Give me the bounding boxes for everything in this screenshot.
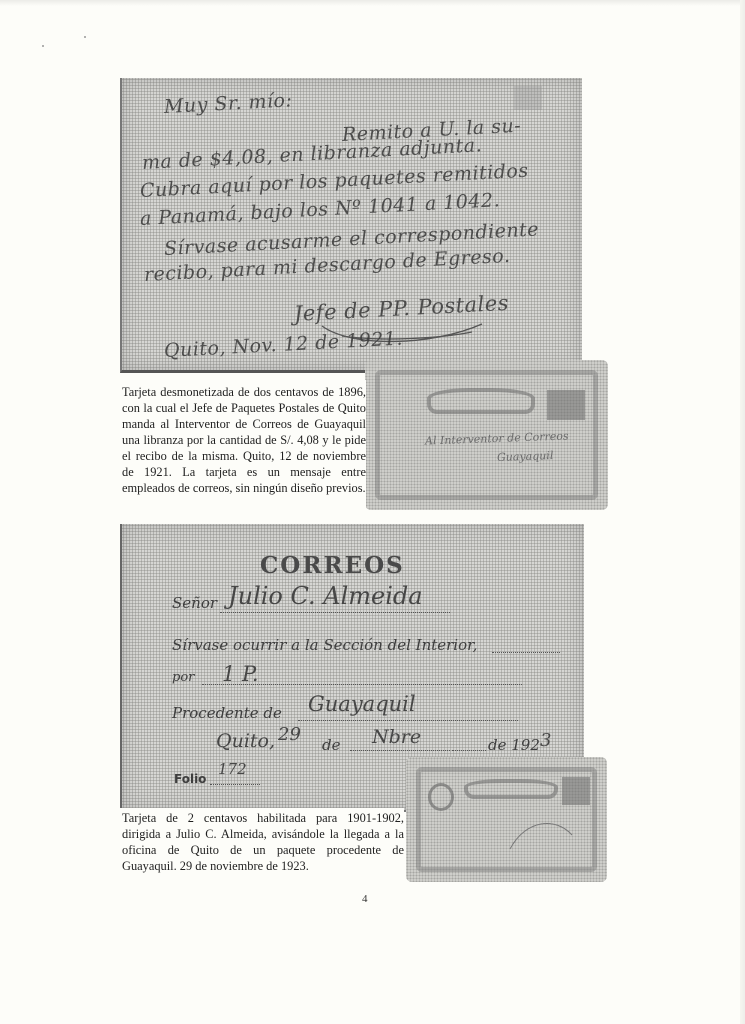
scan-speck <box>42 45 44 47</box>
field-value-por: 1 P. <box>222 662 259 686</box>
card-header-banner <box>464 779 558 799</box>
caption-text: Tarjeta de 2 centavos habilitada para 19… <box>122 810 404 874</box>
scan-edge-right <box>740 0 745 1024</box>
field-value-folio: 172 <box>218 760 247 778</box>
date-year-handwritten: 3 <box>540 730 551 751</box>
field-label-por: por <box>172 670 194 685</box>
card-heading: CORREOS <box>260 552 405 579</box>
field-label-folio: Folio <box>174 772 206 786</box>
field-label-senor: Señor <box>172 594 217 612</box>
date-year-printed: de 192 <box>488 736 540 754</box>
field-value-senor: Julio C. Almeida <box>228 582 423 610</box>
figure-2-card-front-photo <box>406 757 607 882</box>
card-header-banner <box>427 388 535 414</box>
caption-text: Tarjeta desmonetizada de dos centavos de… <box>122 384 366 496</box>
scan-edge-top <box>0 0 745 6</box>
field-value-procedente: Guayaquil <box>308 692 416 716</box>
stamp-mark <box>514 86 542 110</box>
field-line <box>492 652 560 653</box>
figure-1-card-front-photo: Al Interventor de Correos Guayaquil <box>365 360 608 510</box>
field-line <box>210 784 260 785</box>
printed-instruction: Sírvase ocurrir a la Sección del Interio… <box>172 636 477 654</box>
figure-1-caption: Tarjeta desmonetizada de dos centavos de… <box>120 380 366 516</box>
date-day: 29 <box>278 724 301 745</box>
field-line <box>350 750 450 751</box>
scan-speck <box>84 36 86 38</box>
field-line <box>220 612 450 613</box>
date-month: Nbre <box>372 726 421 748</box>
printed-stamp <box>562 777 590 805</box>
page-number: 4 <box>362 893 368 905</box>
coat-of-arms-icon <box>428 783 454 811</box>
field-label-procedente: Procedente de <box>172 704 282 722</box>
address-line: Guayaquil <box>497 449 554 464</box>
postmark-icon <box>506 815 576 851</box>
date-de: de <box>322 736 340 754</box>
figure-1-postcard-photo: Muy Sr. mío: Remito a U. la su- ma de $4… <box>120 78 582 373</box>
field-line <box>452 750 486 751</box>
figure-2-caption: Tarjeta de 2 centavos habilitada para 19… <box>120 808 404 886</box>
field-line <box>298 720 518 721</box>
date-place: Quito, <box>216 730 275 752</box>
printed-stamp <box>547 390 585 420</box>
